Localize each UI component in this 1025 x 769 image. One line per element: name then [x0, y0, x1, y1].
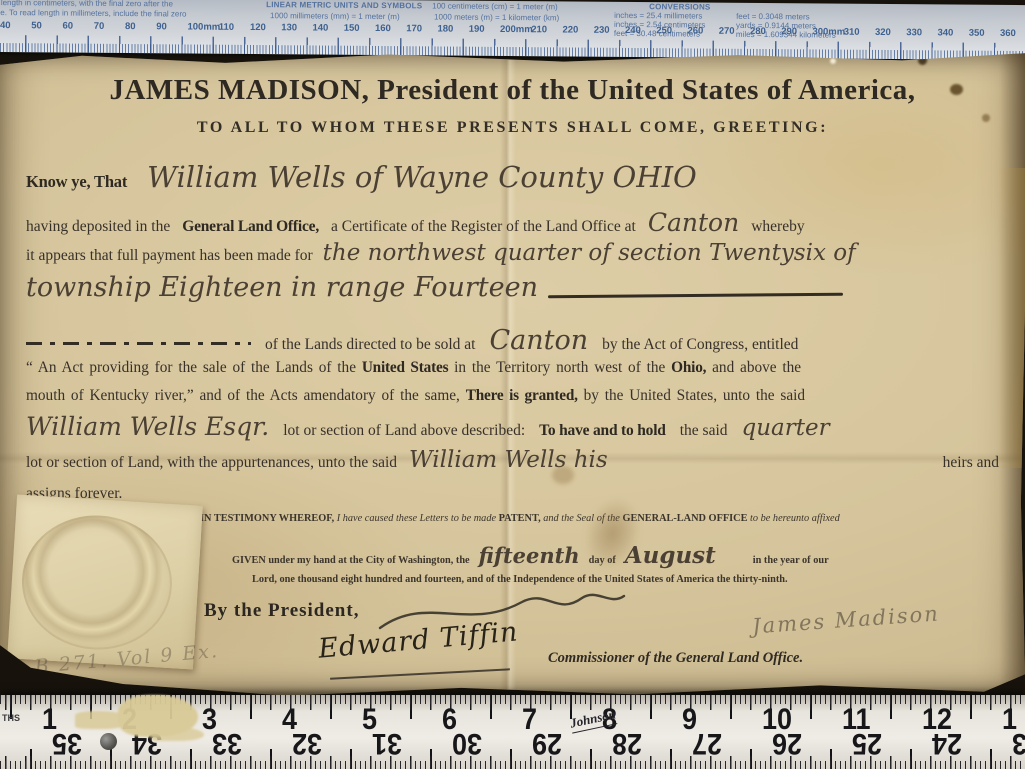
quarter-script: quarter	[742, 415, 830, 441]
patent-salutation: TO ALL TO WHOM THESE PRESENTS SHALL COME…	[0, 119, 1025, 137]
patent-label: PATENT,	[499, 513, 541, 524]
yellowed-edge	[995, 168, 1025, 468]
township-line: township Eighteen in range Fourteen	[26, 272, 999, 303]
act-line-2: mouth of Kentucky river,” and of the Act…	[26, 387, 999, 405]
testimony-line: IN TESTIMONY WHEREOF, I have caused thes…	[200, 513, 1015, 524]
seal-circle-emboss	[18, 511, 176, 654]
mm-number: 290	[781, 26, 797, 37]
reverse-inch-number: 26	[772, 726, 802, 760]
mm-number: 150	[344, 23, 360, 34]
reverse-inch-number: 30	[452, 726, 482, 760]
testimony-text: IN TESTIMONY WHEREOF,	[200, 513, 334, 524]
testimony-text: to be hereunto affixed	[747, 513, 839, 524]
mm-number: 80	[125, 21, 136, 32]
general-land-office-label: General Land Office,	[182, 218, 319, 236]
lot-line-1: William Wells Esqr. lot or section of La…	[26, 412, 999, 441]
by-president-label: By the President,	[204, 600, 359, 622]
sold-at-post: by the Act of Congress, entitled	[602, 336, 798, 354]
act-line-1: “ An Act providing for the sale of the L…	[26, 359, 999, 377]
township-script: township Eighteen in range Fourteen	[26, 272, 538, 303]
mm-number: 130	[281, 22, 297, 33]
act-text: in the Territory north west of the	[454, 359, 665, 376]
land-office-place-script: Canton	[648, 208, 739, 237]
mm-number: 210	[531, 24, 547, 35]
grantee-script-2: William Wells Esqr.	[26, 412, 269, 441]
metric-units-header: LINEAR METRIC UNITS AND SYMBOLS	[266, 0, 422, 11]
white-speck	[830, 58, 836, 64]
pen-fill-line	[548, 293, 843, 299]
mm-number: 190	[469, 24, 485, 35]
grantee-script-3: William Wells his	[409, 447, 608, 473]
lot-text: the said	[680, 422, 728, 440]
mm-number: 250	[656, 25, 672, 36]
deposited-line: having deposited in the General Land Off…	[26, 208, 999, 237]
mm-number: 350	[969, 28, 985, 39]
photo-of-land-patent: d length in centimeters, with the final …	[0, 0, 1025, 769]
reverse-inch-number: 24	[932, 726, 962, 760]
mm-number: 60	[62, 21, 73, 32]
reverse-inch-number: 35	[52, 726, 82, 760]
commissioner-title: Commissioner of the General Land Office.	[548, 650, 803, 667]
sold-at-line: of the Lands directed to be sold at Cant…	[26, 325, 999, 356]
given-text: day of	[589, 555, 616, 566]
metric-item: 1000 millimeters (mm) = 1 meter (m)	[270, 11, 400, 22]
mm-number: 220	[562, 24, 578, 35]
testimony-text: and the Seal of the	[541, 513, 623, 524]
lot-line-2: lot or section of Land, with the appurte…	[26, 447, 999, 473]
ohio-label: Ohio,	[671, 359, 706, 376]
deposited-mid: a Certificate of the Register of the Lan…	[331, 218, 636, 236]
reverse-inch-number: 27	[692, 726, 722, 760]
lot-text: lot or section of Land, with the appurte…	[26, 454, 397, 472]
payment-text: it appears that full payment has been ma…	[26, 247, 313, 265]
sold-at-pre: of the Lands directed to be sold at	[265, 336, 475, 354]
ruler-rivet	[100, 733, 117, 750]
heirs-label: heirs and	[943, 454, 999, 472]
lot-text: lot or section of Land above described:	[283, 422, 525, 440]
document-edge-shadow	[999, 48, 1025, 697]
grantee-name-script: William Wells of Wayne County OHIO	[147, 160, 697, 194]
stain-dot	[950, 84, 963, 95]
mm-number: 50	[31, 20, 42, 31]
mm-number: 310	[844, 27, 860, 38]
testimony-text: I have caused these Letters to be made	[334, 513, 498, 524]
signature-underline	[330, 668, 510, 679]
mm-number: 360	[1000, 28, 1016, 39]
assigns-line: assigns forever.	[26, 485, 999, 503]
reverse-inch-number: 29	[532, 726, 562, 760]
mm-number: 140	[312, 23, 328, 34]
mm-number: 100mm	[187, 22, 220, 33]
mm-number: 260	[687, 25, 703, 36]
given-text: GIVEN under my hand at the City of Washi…	[232, 555, 470, 566]
reverse-inch-number: 3	[1012, 726, 1025, 760]
act-text: and above the	[712, 359, 801, 376]
act-text: mouth of Kentucky river,” and of the Act…	[26, 387, 460, 404]
reverse-inch-number: 31	[372, 726, 402, 760]
land-patent-document: JAMES MADISON, President of the United S…	[0, 48, 1025, 697]
mm-number: 230	[594, 25, 610, 36]
mm-number: 170	[406, 23, 422, 34]
mm-number: 70	[94, 21, 105, 32]
given-line: GIVEN under my hand at the City of Washi…	[232, 542, 999, 569]
mm-number: 160	[375, 23, 391, 34]
mm-number: 40	[0, 20, 11, 31]
day-script: fifteenth	[479, 543, 580, 568]
mm-number: 180	[437, 23, 453, 34]
whereby-label: whereby	[751, 218, 804, 236]
act-text: “ An Act providing for the sale of the L…	[26, 359, 356, 376]
month-script: August	[625, 542, 716, 569]
united-states-label: United States	[362, 359, 449, 376]
tract-description-script: the northwest quarter of section Twentys…	[323, 240, 856, 266]
reverse-inch-number: 28	[612, 726, 642, 760]
reverse-inch-number: 32	[292, 726, 322, 760]
patent-title: JAMES MADISON, President of the United S…	[0, 74, 1025, 107]
mm-number: 280	[750, 26, 766, 37]
there-is-granted-label: There is granted,	[466, 387, 578, 404]
to-have-and-hold-label: To have and to hold	[539, 422, 666, 440]
metric-item: 100 centimeters (cm) = 1 meter (m)	[432, 1, 558, 11]
mm-number: 320	[875, 27, 891, 38]
general-land-office-seal-label: GENERAL-LAND OFFICE	[622, 513, 747, 524]
metric-item: 1000 meters (m) = 1 kilometer (km)	[434, 12, 559, 22]
given-text: Lord, one thousand eight hundred and fou…	[252, 574, 788, 585]
printed-dash-fill	[26, 342, 251, 345]
mm-number: 270	[719, 26, 735, 37]
mm-number: 240	[625, 25, 641, 36]
given-line-2: Lord, one thousand eight hundred and fou…	[252, 574, 999, 585]
mm-number: 300mm	[812, 26, 845, 37]
top-ruler: d length in centimeters, with the final …	[0, 0, 1025, 60]
stain-dot	[982, 114, 990, 122]
mm-number: 200mm	[500, 24, 533, 35]
mm-number: 120	[250, 22, 266, 33]
ruler-edge-label: THS	[2, 713, 20, 723]
mm-number: 90	[156, 21, 167, 32]
bottom-ruler: 1234567891011121 35343332313029282726252…	[0, 695, 1025, 769]
given-text: in the year of our	[753, 555, 829, 566]
ruler-instructions-line2: ine. To read length in millimeters, incl…	[0, 8, 187, 19]
sold-at-place-script: Canton	[489, 325, 588, 356]
mm-number: 330	[906, 27, 922, 38]
mm-number: 110	[219, 22, 234, 33]
know-ye-line: Know ye, That William Wells of Wayne Cou…	[26, 160, 999, 194]
deposited-pre: having deposited in the	[26, 218, 170, 236]
mm-number: 340	[937, 27, 953, 38]
tape-residue	[118, 695, 198, 737]
know-ye-label: Know ye, That	[26, 172, 127, 192]
reverse-inch-number: 25	[852, 726, 882, 760]
reverse-inch-number: 33	[212, 726, 242, 760]
act-text: by the United States, unto the said	[584, 387, 805, 404]
payment-line: it appears that full payment has been ma…	[26, 240, 999, 266]
